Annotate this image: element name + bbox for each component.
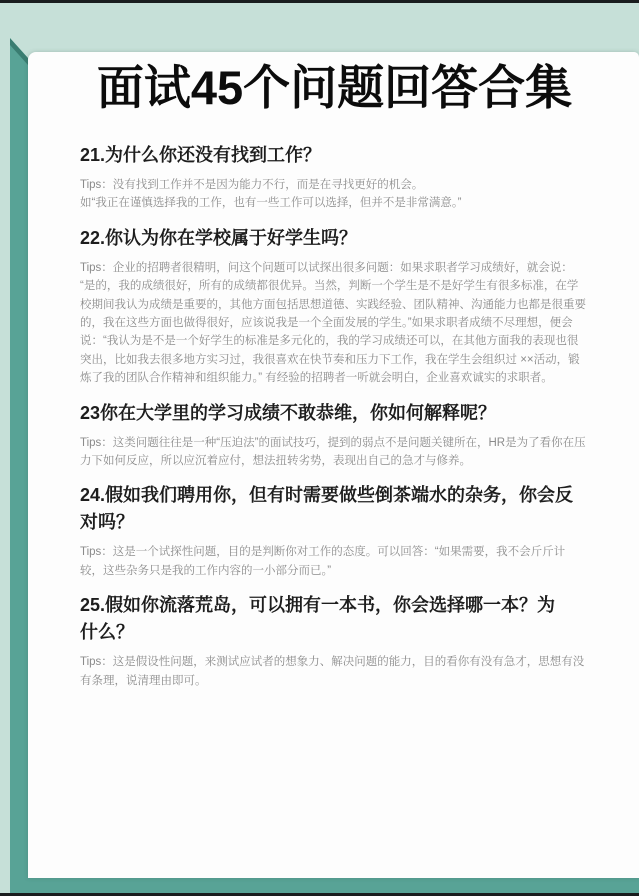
tips-line: Tips：这是假设性问题，来测试应试者的想象力、解决问题的能力，目的看你有没有急… <box>80 653 615 671</box>
question-line: 22.你认为你在学校属于好学生吗？ <box>80 225 615 252</box>
question-line: 24.假如我们聘用你，但有时需要做些倒茶端水的杂务，你会反 <box>80 482 615 509</box>
tips-line: 有条理，说清理由即可。 <box>80 672 615 690</box>
question-line: 对吗？ <box>80 509 615 536</box>
tips-line: 力下如何反应，所以应沉着应付，想法扭转劣势，表现出自己的急才与修养。 <box>80 452 615 470</box>
question-line: 什么？ <box>80 619 615 646</box>
sections: 21.为什么你还没有找到工作？ Tips：没有找到工作并不是因为能力不行，而是在… <box>80 142 615 690</box>
tips-line: Tips：企业的招聘者很精明，问这个问题可以试探出很多问题：如果求职者学习成绩好… <box>80 259 615 277</box>
tips-line: 炼了我的团队合作精神和组织能力。” 有经验的招聘者一听就会明白，企业喜欢诚实的求… <box>80 369 615 387</box>
question-heading: 24.假如我们聘用你，但有时需要做些倒茶端水的杂务，你会反对吗？ <box>80 482 615 536</box>
qa-section: 23你在大学里的学习成绩不敢恭维，你如何解释呢？ Tips：这类问题往往是一种“… <box>80 400 615 471</box>
qa-section: 25.假如你流落荒岛，可以拥有一本书，你会选择哪一本？为什么？ Tips：这是假… <box>80 592 615 690</box>
qa-section: 21.为什么你还没有找到工作？ Tips：没有找到工作并不是因为能力不行，而是在… <box>80 142 615 213</box>
tips-paragraph: Tips：这类问题往往是一种“压迫法”的面试技巧，提到的弱点不是问题关键所在，H… <box>80 434 615 471</box>
tips-line: 如“我正在谨慎选择我的工作，也有一些工作可以选择，但并不是非常满意。” <box>80 194 615 212</box>
tips-line: 说：“我认为是不是一个好学生的标准是多元化的，我的学习成绩还可以，在其他方面我的… <box>80 332 615 350</box>
question-line: 23你在大学里的学习成绩不敢恭维，你如何解释呢？ <box>80 400 615 427</box>
tips-paragraph: Tips：没有找到工作并不是因为能力不行，而是在寻找更好的机会。如“我正在谨慎选… <box>80 176 615 213</box>
tips-line: “是的，我的成绩很好，所有的成绩都很优异。当然，判断一个学生是不是好学生有很多标… <box>80 277 615 295</box>
qa-section: 22.你认为你在学校属于好学生吗？ Tips：企业的招聘者很精明，问这个问题可以… <box>80 225 615 388</box>
tips-line: 突出，比如我去很多地方实习过，我很喜欢在快节奏和压力下工作，我在学生会组织过 ×… <box>80 351 615 369</box>
tips-line: 校期间我认为成绩是重要的，其他方面包括思想道德、实践经验、团队精神、沟通能力也都… <box>80 296 615 314</box>
tips-line: Tips：这类问题往往是一种“压迫法”的面试技巧，提到的弱点不是问题关键所在，H… <box>80 434 615 452</box>
tips-line: 较，这些杂务只是我的工作内容的一小部分而已。” <box>80 562 615 580</box>
tips-paragraph: Tips：这是假设性问题，来测试应试者的想象力、解决问题的能力，目的看你有没有急… <box>80 653 615 690</box>
document-page: 面试45个问题回答合集 21.为什么你还没有找到工作？ Tips：没有找到工作并… <box>28 52 639 878</box>
question-line: 21.为什么你还没有找到工作？ <box>80 142 615 169</box>
question-heading: 21.为什么你还没有找到工作？ <box>80 142 615 169</box>
tips-paragraph: Tips：这是一个试探性问题，目的是判断你对工作的态度。可以回答：“如果需要，我… <box>80 543 615 580</box>
question-heading: 25.假如你流落荒岛，可以拥有一本书，你会选择哪一本？为什么？ <box>80 592 615 646</box>
book-spine <box>10 38 28 893</box>
tips-paragraph: Tips：企业的招聘者很精明，问这个问题可以试探出很多问题：如果求职者学习成绩好… <box>80 259 615 388</box>
question-heading: 23你在大学里的学习成绩不敢恭维，你如何解释呢？ <box>80 400 615 427</box>
book-cover-bottom-band <box>10 878 639 893</box>
question-line: 25.假如你流落荒岛，可以拥有一本书，你会选择哪一本？为 <box>80 592 615 619</box>
tips-line: Tips：没有找到工作并不是因为能力不行，而是在寻找更好的机会。 <box>80 176 615 194</box>
tips-line: 的，我在这些方面也做得很好，应该说我是一个全面发展的学生。”如果求职者成绩不尽理… <box>80 314 615 332</box>
photo-edge-top <box>0 0 639 3</box>
qa-section: 24.假如我们聘用你，但有时需要做些倒茶端水的杂务，你会反对吗？ Tips：这是… <box>80 482 615 580</box>
page-title: 面试45个问题回答合集 <box>54 62 615 114</box>
tips-line: Tips：这是一个试探性问题，目的是判断你对工作的态度。可以回答：“如果需要，我… <box>80 543 615 561</box>
book-spine-bevel <box>10 38 28 68</box>
question-heading: 22.你认为你在学校属于好学生吗？ <box>80 225 615 252</box>
